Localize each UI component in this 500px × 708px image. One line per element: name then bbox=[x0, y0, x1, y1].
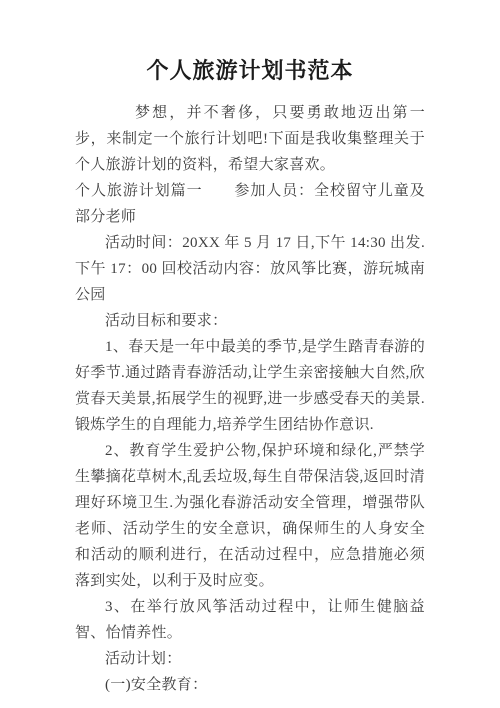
document-body: 梦想，并不奢侈，只要勇敢地迈出第一步，来制定一个旅行计划吧!下面是我收集整理关于… bbox=[75, 100, 425, 698]
paragraph-goal-1: 1、春天是一年中最美的季节,是学生踏青春游的好季节.通过踏青春游活动,让学生亲密… bbox=[75, 334, 425, 438]
paragraph-intro: 梦想，并不奢侈，只要勇敢地迈出第一步，来制定一个旅行计划吧!下面是我收集整理关于… bbox=[75, 100, 425, 178]
paragraph-goals-heading: 活动目标和要求： bbox=[75, 308, 425, 334]
paragraph-goal-3: 3、在举行放风筝活动过程中，让师生健脑益智、怡情养性。 bbox=[75, 594, 425, 646]
paragraph-section-one-heading: 个人旅游计划篇一 参加人员：全校留守儿童及部分老师 bbox=[75, 178, 425, 230]
paragraph-plan-heading: 活动计划： bbox=[75, 646, 425, 672]
paragraph-activity-time: 活动时间：20XX 年 5 月 17 日,下午 14:30 出发.下午 17：0… bbox=[75, 230, 425, 308]
paragraph-safety-education-heading: (一)安全教育： bbox=[75, 672, 425, 698]
document-page: 个人旅游计划书范本 梦想，并不奢侈，只要勇敢地迈出第一步，来制定一个旅行计划吧!… bbox=[0, 0, 500, 708]
document-title: 个人旅游计划书范本 bbox=[0, 56, 500, 86]
paragraph-goal-2: 2、教育学生爱护公物,保护环境和绿化,严禁学生攀摘花草树木,乱丢垃圾,每生自带保… bbox=[75, 438, 425, 594]
